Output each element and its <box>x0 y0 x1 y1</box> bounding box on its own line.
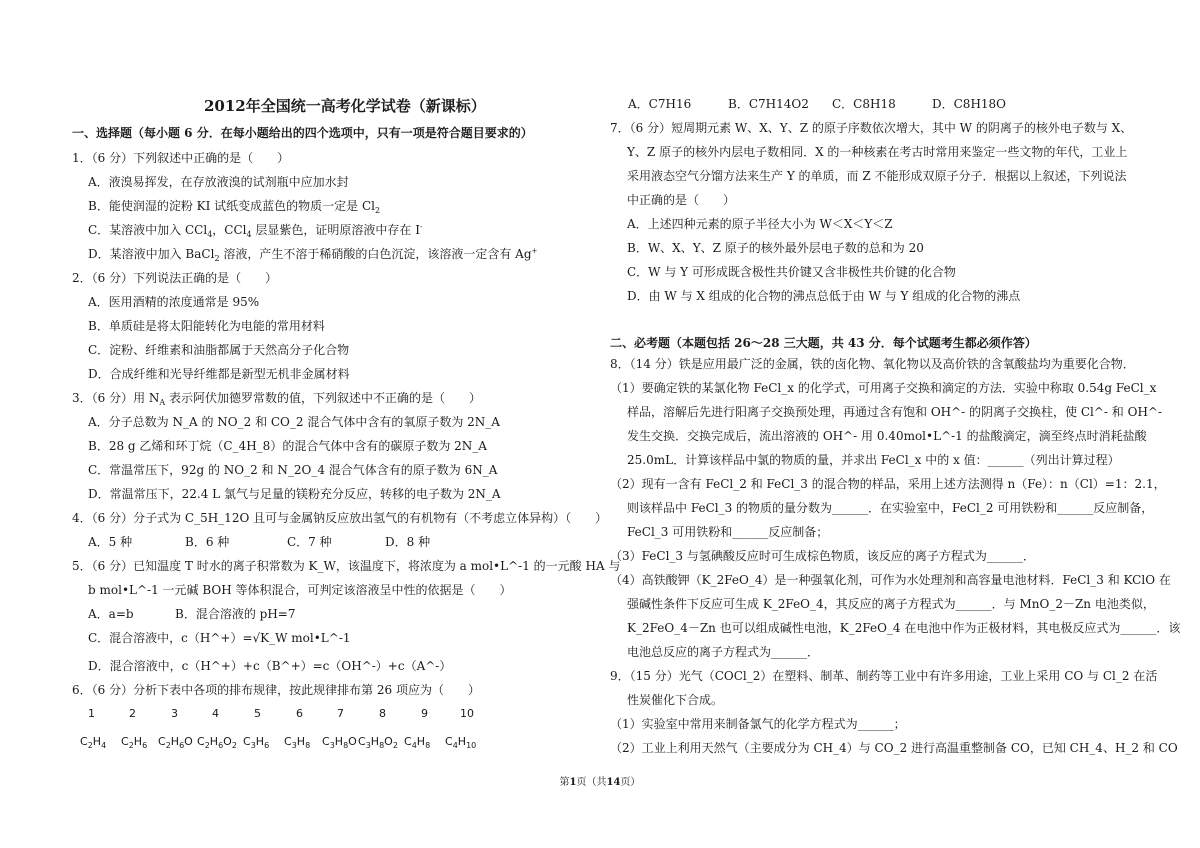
seq-formula: C2H6O <box>158 734 193 750</box>
q9-stem-line1: 9．（15 分）光气（COCl_2）在塑料、制革、制药等工业中有许多用途，工业上… <box>610 668 1157 684</box>
q1-option-a: A．液溴易挥发，在存放液溴的试剂瓶中应加水封 <box>88 174 349 190</box>
q5-option-d: D．混合溶液中，c（H^+）+c（B^+）=c（OH^-）+c（A^-） <box>88 658 451 674</box>
seq-index: 5 <box>254 706 261 722</box>
text: B．能使润湿的淀粉 KI 试纸变成蓝色的物质一定是 Cl <box>88 199 375 213</box>
q7-option-a: A．上述四种元素的原子半径大小为 W＜X＜Y＜Z <box>627 216 893 232</box>
q6-stem: 6．（6 分）分析下表中各项的排布规律，按此规律排布第 26 项应为（ ） <box>72 682 480 698</box>
seq-index: 1 <box>88 706 95 722</box>
exam-page: 2012年全国统一高考化学试卷（新课标） 一、选择题（每小题 6 分．在每小题给… <box>0 0 1200 848</box>
q8-part4-line2: 强碱性条件下反应可生成 K_2FeO_4，其反应的离子方程式为______．与 … <box>627 596 1155 612</box>
q9-part2: （2）工业上利用天然气（主要成分为 CH_4）与 CO_2 进行高温重整制备 C… <box>610 740 1178 756</box>
text: 3．（6 分）用 N <box>72 391 159 405</box>
q1-option-d: D．某溶液中加入 BaCl2 溶液，产生不溶于稀硝酸的白色沉淀，该溶液一定含有 … <box>88 246 537 262</box>
q9-part1: （1）实验室中常用来制备氯气的化学方程式为______； <box>610 716 906 732</box>
q8-part4-line3: K_2FeO_4－Zn 也可以组成碱性电池，K_2FeO_4 在电池中作为正极材… <box>627 620 1180 636</box>
seq-index: 2 <box>129 706 136 722</box>
q4-option-a: A．5 种 <box>88 534 132 550</box>
q6-option-d: D．C8H18O <box>932 96 1006 112</box>
q3-option-a: A．分子总数为 N_A 的 NO_2 和 CO_2 混合气体中含有的氧原子数为 … <box>88 414 500 430</box>
q1-option-c: C．某溶液中加入 CCl4，CCl4 层显紫色，证明原溶液中存在 I- <box>88 222 422 238</box>
q5-option-b: B．混合溶液的 pH=7 <box>175 606 295 622</box>
q7-stem-line1: 7．（6 分）短周期元素 W、X、Y、Z 的原子序数依次增大，其中 W 的阴离子… <box>610 120 1132 136</box>
q5-option-a: A．a=b <box>88 606 134 622</box>
q8-part4-line4: 电池总反应的离子方程式为______． <box>627 644 819 660</box>
seq-index: 8 <box>379 706 386 722</box>
page-title: 2012年全国统一高考化学试卷（新课标） <box>204 98 486 114</box>
q5-stem-line2: b mol•L^-1 一元碱 BOH 等体积混合，可判定该溶液呈中性的依据是（ … <box>88 582 512 598</box>
seq-formula: C3H8O2 <box>358 734 398 750</box>
seq-formula: C2H6 <box>121 734 147 750</box>
seq-formula: C2H4 <box>80 734 106 750</box>
text: 溶液，产生不溶于稀硝酸的白色沉淀，该溶液一定含有 Ag <box>220 247 532 261</box>
q2-option-d: D．合成纤维和光导纤维都是新型无机非金属材料 <box>88 366 350 382</box>
seq-formula: C2H6O2 <box>197 734 237 750</box>
q1-stem: 1．（6 分）下列叙述中正确的是（ ） <box>72 150 289 166</box>
q4-option-c: C．7 种 <box>287 534 332 550</box>
q8-intro: 8．（14 分）铁是应用最广泛的金属，铁的卤化物、氧化物以及高价铁的含氧酸盐均为… <box>610 356 1135 372</box>
q5-stem-line1: 5．（6 分）已知温度 T 时水的离子积常数为 K_W，该温度下，将浓度为 a … <box>72 558 620 574</box>
text: C．某溶液中加入 CCl <box>88 223 207 237</box>
text: D．某溶液中加入 BaCl <box>88 247 214 261</box>
q6-option-a: A．C7H16 <box>628 96 691 112</box>
page-footer: 第1页（共14页） <box>0 773 1200 788</box>
section-heading-choice: 一、选择题（每小题 6 分．在每小题给出的四个选项中，只有一项是符合题目要求的） <box>72 125 533 141</box>
text: 层显紫色，证明原溶液中存在 I <box>252 223 420 237</box>
q7-stem-line2: Y、Z 原子的核外内层电子数相同．X 的一种核素在考古时常用来鉴定一些文物的年代… <box>627 144 1127 160</box>
q1-option-b: B．能使润湿的淀粉 KI 试纸变成蓝色的物质一定是 Cl2 <box>88 198 380 214</box>
section-heading-required: 二、必考题（本题包括 26～28 三大题，共 43 分．每个试题考生都必须作答） <box>610 335 1037 351</box>
q8-part2-line3: FeCl_3 可用铁粉和______反应制备； <box>627 524 828 540</box>
q9-stem-line2: 性炭催化下合成。 <box>627 692 723 708</box>
q8-part1-line2: 样品，溶解后先进行阳离子交换预处理，再通过含有饱和 OH^- 的阴离子交换柱，使… <box>627 404 1162 420</box>
seq-formula: C4H8 <box>404 734 430 750</box>
q8-part2-line1: （2）现有一含有 FeCl_2 和 FeCl_3 的混合物的样品，采用上述方法测… <box>610 476 1166 492</box>
superscript: + <box>532 247 538 255</box>
q7-stem-line3: 采用液态空气分馏方法来生产 Y 的单质，而 Z 不能形成双原子分子．根据以上叙述… <box>627 168 1127 184</box>
q3-option-c: C．常温常压下，92g 的 NO_2 和 N_2O_4 混合气体含有的原子数为 … <box>88 462 497 478</box>
q8-part1-line1: （1）要确定铁的某氯化物 FeCl_x 的化学式，可用离子交换和滴定的方法．实验… <box>610 380 1156 396</box>
q4-stem: 4．（6 分）分子式为 C_5H_12O 且可与金属钠反应放出氢气的有机物有（不… <box>72 510 607 526</box>
text: ，CCl <box>212 223 246 237</box>
q7-option-c: C．W 与 Y 可形成既含极性共价键又含非极性共价键的化合物 <box>627 264 956 280</box>
q2-option-c: C．淀粉、纤维素和油脂都属于天然高分子化合物 <box>88 342 349 358</box>
q3-option-d: D．常温常压下，22.4 L 氯气与足量的镁粉充分反应，转移的电子数为 2N_A <box>88 486 501 502</box>
seq-index: 6 <box>296 706 303 722</box>
seq-index: 9 <box>421 706 428 722</box>
current-page-number: 1 <box>570 777 577 788</box>
q7-stem-line4: 中正确的是（ ） <box>627 192 735 208</box>
q6-option-c: C．C8H18 <box>832 96 896 112</box>
q8-part4-line1: （4）高铁酸钾（K_2FeO_4）是一种强氧化剂，可作为水处理剂和高容量电池材料… <box>610 572 1171 588</box>
q4-option-d: D．8 种 <box>385 534 430 550</box>
seq-index: 10 <box>460 706 474 722</box>
q3-option-b: B．28 g 乙烯和环丁烷（C_4H_8）的混合气体中含有的碳原子数为 2N_A <box>88 438 487 454</box>
superscript: - <box>420 223 422 231</box>
seq-formula: C4H10 <box>445 734 476 750</box>
q7-option-d: D．由 W 与 X 组成的化合物的沸点总低于由 W 与 Y 组成的化合物的沸点 <box>627 288 1020 304</box>
seq-index: 7 <box>337 706 344 722</box>
seq-index: 4 <box>212 706 219 722</box>
q2-option-a: A．医用酒精的浓度通常是 95% <box>88 294 259 310</box>
q8-part2-line2: 则该样品中 FeCl_3 的物质的量分数为______．在实验室中，FeCl_2… <box>627 500 1153 516</box>
q3-stem: 3．（6 分）用 NA 表示阿伏加德罗常数的值，下列叙述中不正确的是（ ） <box>72 390 481 406</box>
seq-formula: C3H8 <box>284 734 310 750</box>
q7-option-b: B．W、X、Y、Z 原子的核外最外层电子数的总和为 20 <box>627 240 924 256</box>
q6-option-b: B．C7H14O2 <box>728 96 809 112</box>
seq-formula: C3H8O <box>322 734 357 750</box>
text: 表示阿伏加德罗常数的值，下列叙述中不正确的是（ ） <box>165 391 481 405</box>
q2-stem: 2．（6 分）下列说法正确的是（ ） <box>72 270 277 286</box>
q5-option-c: C．混合溶液中，c（H^+）=√K_W mol•L^-1 <box>88 630 351 646</box>
q8-part1-line4: 25.0mL．计算该样品中氯的物质的量，并求出 FeCl_x 中的 x 值：__… <box>627 452 1120 468</box>
seq-index: 3 <box>171 706 178 722</box>
q8-part3: （3）FeCl_3 与氢碘酸反应时可生成棕色物质，该反应的离子方程式为_____… <box>610 548 1035 564</box>
total-pages: 14 <box>607 777 621 788</box>
q2-option-b: B．单质硅是将太阳能转化为电能的常用材料 <box>88 318 325 334</box>
q8-part1-line3: 发生交换．交换完成后，流出溶液的 OH^- 用 0.40mol•L^-1 的盐酸… <box>627 428 1147 444</box>
footer-text: 页（共 <box>577 777 607 788</box>
q4-option-b: B．6 种 <box>185 534 229 550</box>
footer-text: 第 <box>560 777 570 788</box>
seq-formula: C3H6 <box>243 734 269 750</box>
footer-text: 页） <box>620 777 640 788</box>
subscript: 2 <box>375 206 380 215</box>
